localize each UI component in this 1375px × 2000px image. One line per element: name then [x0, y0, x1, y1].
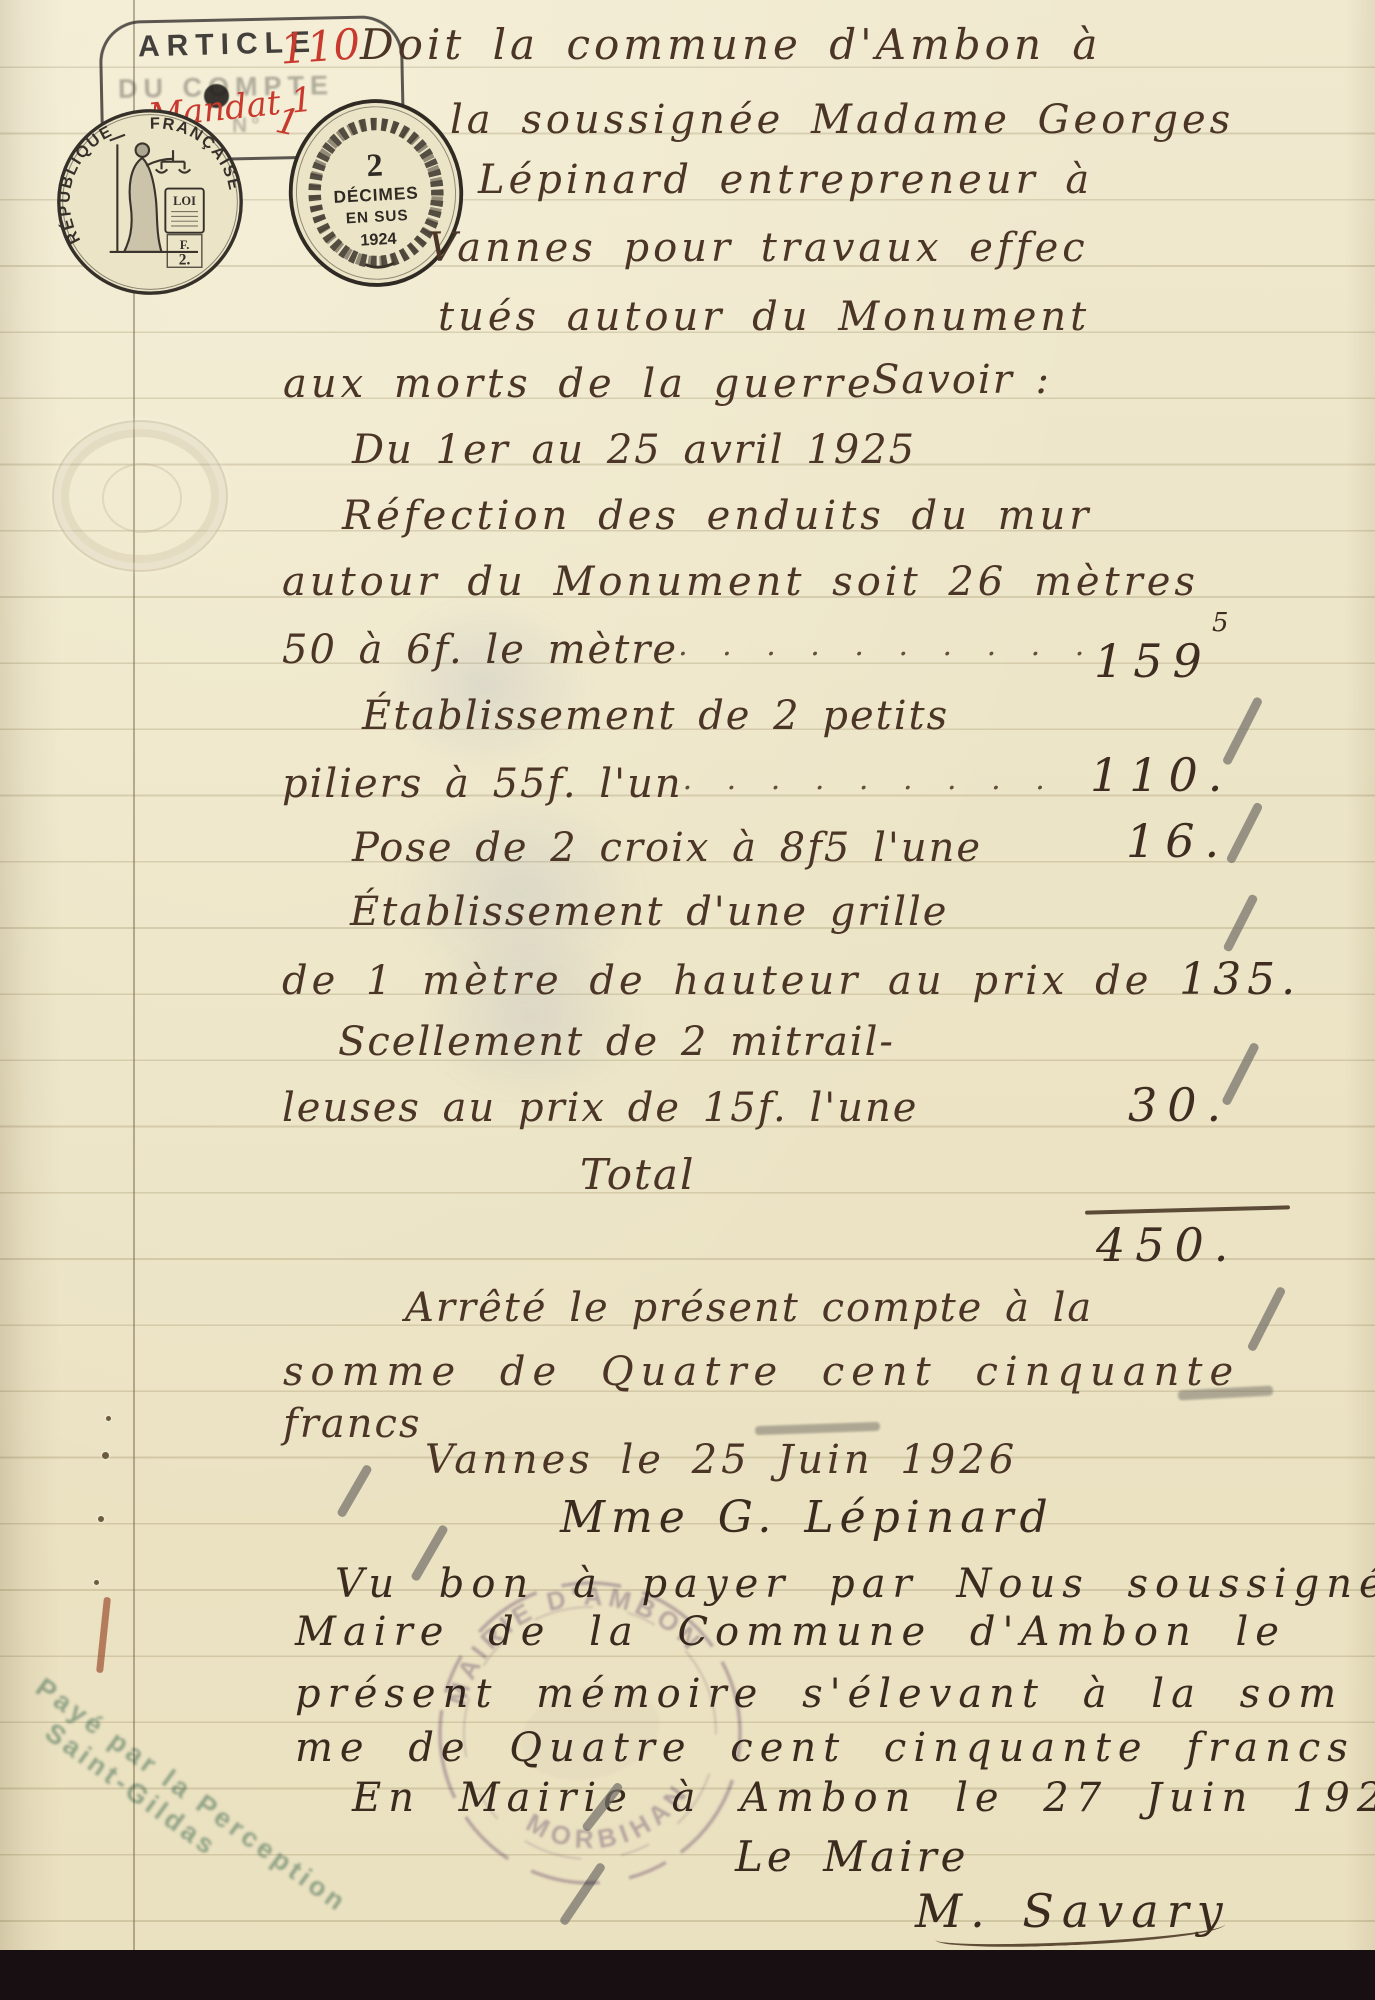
ink-smudge	[380, 600, 590, 770]
amount: 30.	[1128, 1078, 1231, 1132]
manuscript-line: 50 à 6f. le mètre. . . . . . . . . .	[282, 628, 1093, 672]
embossed-seal-inner	[102, 463, 182, 532]
dot-leader: . . . . . . . . .	[683, 762, 1054, 797]
contractor-signature: Mme G. Lépinard	[560, 1494, 1054, 1542]
manuscript-line: tués autour du Monument	[438, 295, 1090, 339]
pinhole	[94, 1580, 99, 1585]
savoir-label: Savoir :	[872, 358, 1051, 402]
manuscript-line: francs	[283, 1402, 421, 1446]
total-amount: 450.	[1096, 1218, 1238, 1272]
manuscript-line: Établissement d'une grille	[350, 890, 948, 934]
amount: 16.	[1126, 814, 1229, 868]
denom-letter: F.	[180, 238, 190, 252]
fiscal-revenue-stamp: RÉPUBLIQUE FRANÇAISE LOI	[54, 106, 246, 298]
pinhole	[106, 1416, 111, 1421]
amount: 159	[1094, 634, 1212, 688]
denom-value: 2.	[179, 251, 191, 268]
scanned-document-page: ARTICLE DU COMPTE N° 110 Mandat 1 1 RÉPU…	[0, 0, 1375, 2000]
scan-background	[0, 1950, 1375, 2000]
manuscript-line: Scellement de 2 mitrail-	[338, 1020, 895, 1064]
amount-superscript: 5	[1212, 608, 1229, 638]
manuscript-line: Pose de 2 croix à 8f5 l'une	[352, 826, 982, 870]
manuscript-line: Établissement de 2 petits	[362, 694, 949, 738]
dot-leader: . . . . . . . . . .	[678, 628, 1093, 663]
total-label: Total	[580, 1152, 695, 1198]
manuscript-line: de 1 mètre de hauteur au prix de 135.	[282, 956, 1301, 1004]
manuscript-line: Doit la commune d'Ambon à	[360, 22, 1101, 68]
manuscript-line: aux morts de la guerre	[283, 362, 875, 406]
manuscript-line: somme de Quatre cent cinquante	[283, 1350, 1240, 1394]
manuscript-line: Réfection des enduits du mur	[342, 494, 1092, 538]
decimes-year: 1924	[360, 230, 397, 250]
amount: 110.	[1090, 748, 1232, 802]
amount-inline: 135.	[1179, 954, 1301, 1005]
law-tablet-text: LOI	[173, 194, 196, 208]
embossed-seal	[52, 420, 228, 572]
manuscript-line: Vannes pour travaux effec	[428, 226, 1089, 270]
manuscript-line: Lépinard entrepreneur à	[478, 158, 1093, 202]
pinhole	[98, 1516, 104, 1522]
manuscript-line: piliers à 55f. l'un. . . . . . . . .	[282, 762, 1054, 806]
stamp-center-smudge	[512, 1673, 669, 1792]
manuscript-line: autour du Monument soit 26 mètres	[282, 560, 1199, 604]
manuscript-line: la soussignée Madame Georges	[450, 98, 1234, 142]
manuscript-line: leuses au prix de 15f. l'une	[282, 1086, 918, 1130]
paper-sheet: ARTICLE DU COMPTE N° 110 Mandat 1 1 RÉPU…	[0, 0, 1375, 1952]
manuscript-line: Arrêté le présent compte à la	[405, 1286, 1093, 1330]
decimes-big-number: 2	[366, 147, 384, 184]
manuscript-line: Vannes le 25 Juin 1926	[425, 1438, 1018, 1482]
manuscript-line: Du 1er au 25 avril 1925	[352, 428, 916, 472]
red-number-note: 110	[278, 19, 361, 73]
decimes-word2: EN SUS	[345, 207, 409, 227]
pinhole	[102, 1452, 109, 1459]
mairie-arc-bottom: MORBIHAN	[516, 1771, 704, 1871]
